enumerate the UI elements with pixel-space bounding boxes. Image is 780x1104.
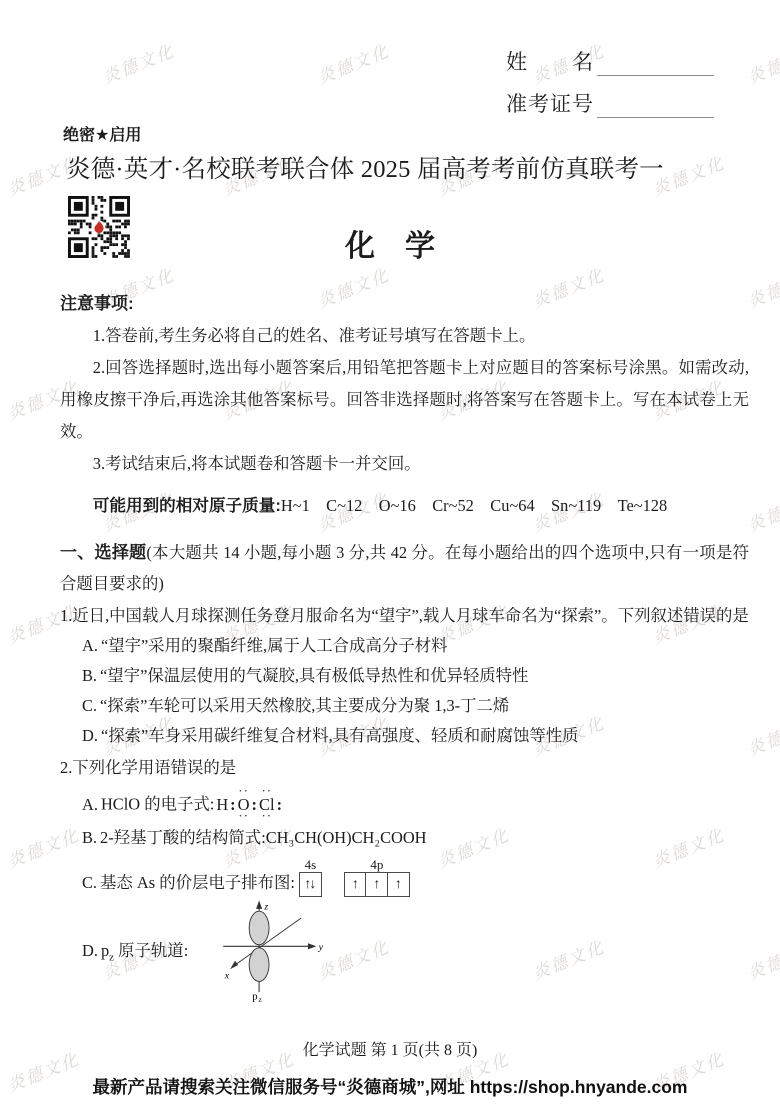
exam-content: 注意事项: 1.答卷前,考生务必将自己的姓名、准考证号填写在答题卡上。 2.回答… [60,289,749,1002]
lone-pair-dots: ·· [261,813,272,821]
lewis-bond-pair: : [230,790,235,820]
axis-z-label: z [264,902,269,913]
option-text: 基态 As 的价层电子排布图: [100,873,295,892]
question-2-option-c: C.基态 As 的价层电子排布图: 4s ↑↓ 4p ↑ ↑ ↑ [60,857,749,897]
lone-pair-dots: ·· [238,813,249,821]
lewis-o-stack: ··O·· [238,788,250,821]
hclo-lewis-structure: H:··O··:··Cl··: [216,788,284,821]
option-text: HClO 的电子式: [101,795,214,814]
exam-id-input-line[interactable] [597,92,714,118]
option-text: 2-羟基丁酸的结构简式:CH₃CH(OH)CH₂COOH [100,828,427,847]
section-1-title: 一、选择题 [60,543,146,562]
notice-item-2: 2.回答选择题时,选出每小题答案后,用铅笔把答题卡上对应题目的答案标号涂黑。如需… [60,352,749,448]
option-text-p: p [101,941,109,960]
question-1-option-b: B.“望宇”保温层使用的气凝胶,具有极低导热性和优异轻质特性 [60,661,749,691]
question-1-option-a: A.“望宇”采用的聚酯纤维,属于人工合成高分子材料 [60,631,749,661]
option-text: “探索”车轮可以采用天然橡胶,其主要成分为聚 1,3-丁二烯 [100,696,509,715]
watermark: 炎德文化 [743,37,780,89]
option-text: “望宇”保温层使用的气凝胶,具有极低导热性和优异轻质特性 [100,666,528,685]
option-label: A. [82,636,98,655]
orbital-box-4s: ↑↓ [299,872,322,897]
orbital-p-sub-label: z [259,995,263,1002]
atomic-masses-label: 可能用到的相对原子质量: [93,496,281,515]
name-input-line[interactable] [597,50,714,76]
question-2-option-a: A.HClO 的电子式:H:··O··:··Cl··: [60,783,749,823]
orbital-box-4p-1: ↑ [344,872,367,897]
name-field-row: 姓 名 [506,46,714,76]
exam-title: 炎德·英才·名校联考联合体 2025 届高考考前仿真联考一 [66,150,726,185]
shell-4s-label: 4s [305,857,317,872]
electron-config-4p: 4p ↑ ↑ ↑ [344,857,410,897]
question-2-option-b: B.2-羟基丁酸的结构简式:CH₃CH(OH)CH₂COOH [60,823,749,853]
axis-x-label: x [224,970,230,981]
subject-title: 化 学 [0,221,780,265]
secrecy-notice: 绝密★启用 [63,122,141,145]
option-text-group: C.基态 As 的价层电子排布图: [82,869,295,897]
notice-heading: 注意事项: [60,289,749,314]
notice-item-1: 1.答卷前,考生务必将自己的姓名、准考证号填写在答题卡上。 [60,320,749,352]
watermark: 炎德文化 [98,37,178,89]
option-label: A. [82,795,98,814]
lewis-lone-pair: : [277,790,282,820]
option-label: C. [82,696,97,715]
orbital-box-4p-2: ↑ [365,872,388,897]
watermark: 炎德文化 [313,37,393,89]
option-text: “探索”车身采用碳纤维复合材料,具有高强度、轻质和耐腐蚀等性质 [101,726,579,745]
option-label: D. [82,941,98,960]
orbital-box-4p-3: ↑ [387,872,410,897]
student-fields: 姓 名 准考证号 [506,46,714,130]
exam-id-field-row: 准考证号 [506,88,714,118]
pz-orbital-diagram: z y x p z [194,899,328,1002]
electron-config-4s: 4s ↑↓ [299,857,322,897]
notice-item-3: 3.考试结束后,将本试题卷和答题卡一并交回。 [60,448,749,480]
exam-paper-page: 炎德文化炎德文化炎德文化炎德文化炎德文化炎德文化炎德文化炎德文化炎德文化炎德文化… [0,0,780,1104]
lewis-h: H [216,790,228,820]
section-1-note: (本大题共 14 小题,每小题 3 分,共 42 分。在每小题给出的四个选项中,… [60,543,749,593]
promo-banner: 最新产品请搜索关注微信服务号“炎德商城”,网址 https://shop.hny… [0,1074,780,1099]
option-text-rest: 原子轨道: [114,941,188,960]
question-2-option-d: D.pz 原子轨道: z y x p z [60,899,749,1002]
question-2-stem: 2.下列化学用语错误的是 [60,752,749,783]
option-label: B. [82,828,97,847]
option-text-group: D.pz 原子轨道: [82,937,188,963]
atomic-masses-line: 可能用到的相对原子质量:H~1 C~12 O~16 Cr~52 Cu~64 Sn… [60,490,749,522]
orbital-p-label: p [252,991,257,1002]
question-1-option-d: D.“探索”车身采用碳纤维复合材料,具有高强度、轻质和耐腐蚀等性质 [60,721,749,751]
atomic-masses-values: H~1 C~12 O~16 Cr~52 Cu~64 Sn~119 Te~128 [281,496,667,515]
shell-4p-label: 4p [370,857,383,872]
lewis-bond-pair: : [252,790,257,820]
name-label: 姓 名 [506,46,594,76]
option-text: “望宇”采用的聚酯纤维,属于人工合成高分子材料 [101,636,447,655]
page-number: 化学试题 第 1 页(共 8 页) [0,1037,780,1060]
exam-id-label: 准考证号 [506,88,594,118]
option-label: B. [82,666,97,685]
question-1-stem: 1.近日,中国载人月球探测任务登月服命名为“望宇”,载人月球车命名为“探索”。下… [60,600,749,631]
section-1-heading: 一、选择题(本大题共 14 小题,每小题 3 分,共 42 分。在每小题给出的四… [60,537,749,599]
orbital-boxes-4p: ↑ ↑ ↑ [344,872,410,897]
question-1-option-c: C.“探索”车轮可以采用天然橡胶,其主要成分为聚 1,3-丁二烯 [60,691,749,721]
lewis-cl-stack: ··Cl·· [259,788,275,821]
axis-y-label: y [318,942,324,953]
option-label: D. [82,726,98,745]
option-label: C. [82,873,97,892]
